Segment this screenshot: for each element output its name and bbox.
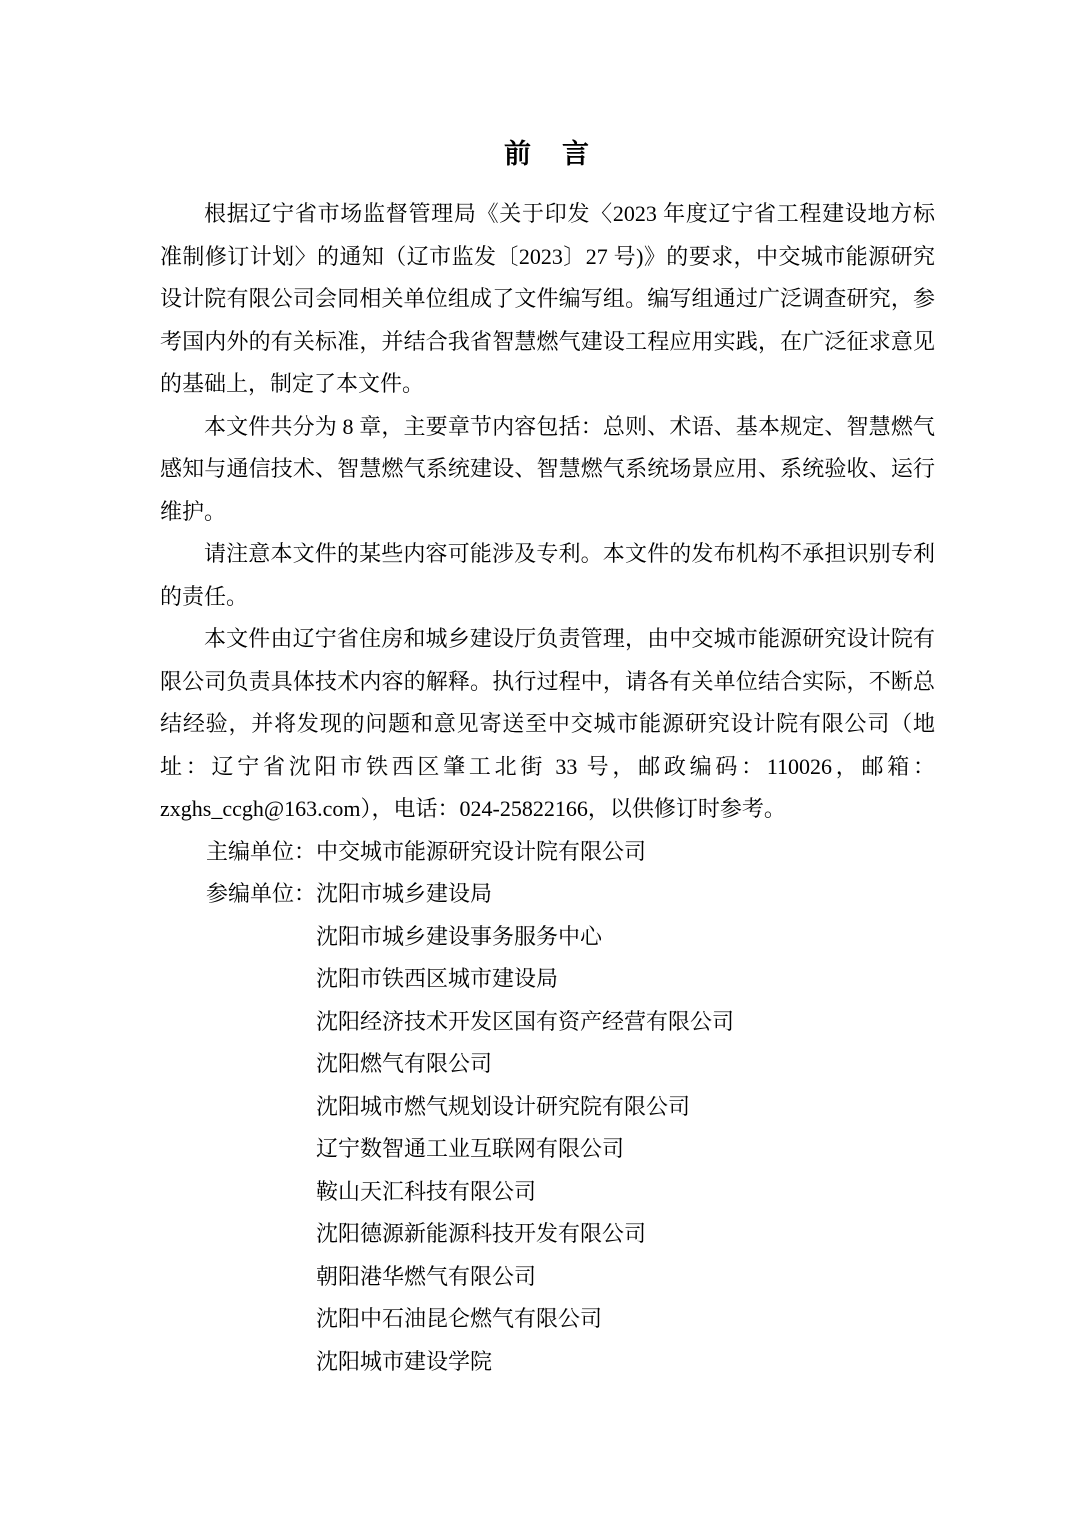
page-content: 前 言 根据辽宁省市场监督管理局《关于印发〈2023 年度辽宁省工程建设地方标准… (160, 0, 935, 1383)
document-page: 前 言 根据辽宁省市场监督管理局《关于印发〈2023 年度辽宁省工程建设地方标准… (0, 0, 1080, 1527)
paragraph-management-contact: 本文件由辽宁省住房和城乡建设厅负责管理，由中交城市能源研究设计院有限公司负责具体… (160, 618, 935, 831)
participant-unit: 朝阳港华燃气有限公司 (316, 1256, 935, 1299)
participant-unit: 沈阳中石油昆仑燃气有限公司 (316, 1298, 935, 1341)
participant-unit: 沈阳燃气有限公司 (316, 1043, 935, 1086)
participant-unit: 沈阳城市建设学院 (316, 1341, 935, 1384)
chief-editor-row: 主编单位： 中交城市能源研究设计院有限公司 (160, 831, 935, 874)
participant-unit: 沈阳德源新能源科技开发有限公司 (316, 1213, 935, 1256)
participant-unit: 沈阳市城乡建设事务服务中心 (316, 916, 935, 959)
participant-row: 参编单位： 沈阳市城乡建设局 (160, 873, 935, 916)
paragraph-background: 根据辽宁省市场监督管理局《关于印发〈2023 年度辽宁省工程建设地方标准制修订计… (160, 193, 935, 406)
chief-editor-label: 主编单位： (206, 831, 316, 874)
participant-unit: 沈阳经济技术开发区国有资产经营有限公司 (316, 1001, 935, 1044)
editing-units-section: 主编单位： 中交城市能源研究设计院有限公司 参编单位： 沈阳市城乡建设局 沈阳市… (160, 831, 935, 1384)
participant-unit: 鞍山天汇科技有限公司 (316, 1171, 935, 1214)
foreword-body: 根据辽宁省市场监督管理局《关于印发〈2023 年度辽宁省工程建设地方标准制修订计… (160, 193, 935, 831)
participant-unit: 沈阳市铁西区城市建设局 (316, 958, 935, 1001)
page-title: 前 言 (160, 0, 935, 170)
participant-unit: 辽宁数智通工业互联网有限公司 (316, 1128, 935, 1171)
participant-unit: 沈阳城市燃气规划设计研究院有限公司 (316, 1086, 935, 1129)
paragraph-chapters: 本文件共分为 8 章，主要章节内容包括：总则、术语、基本规定、智慧燃气感知与通信… (160, 406, 935, 534)
participant-unit: 沈阳市城乡建设局 (316, 873, 935, 916)
chief-editor-value: 中交城市能源研究设计院有限公司 (316, 831, 935, 874)
paragraph-patent-notice: 请注意本文件的某些内容可能涉及专利。本文件的发布机构不承担识别专利的责任。 (160, 533, 935, 618)
participants-label: 参编单位： (206, 873, 316, 916)
